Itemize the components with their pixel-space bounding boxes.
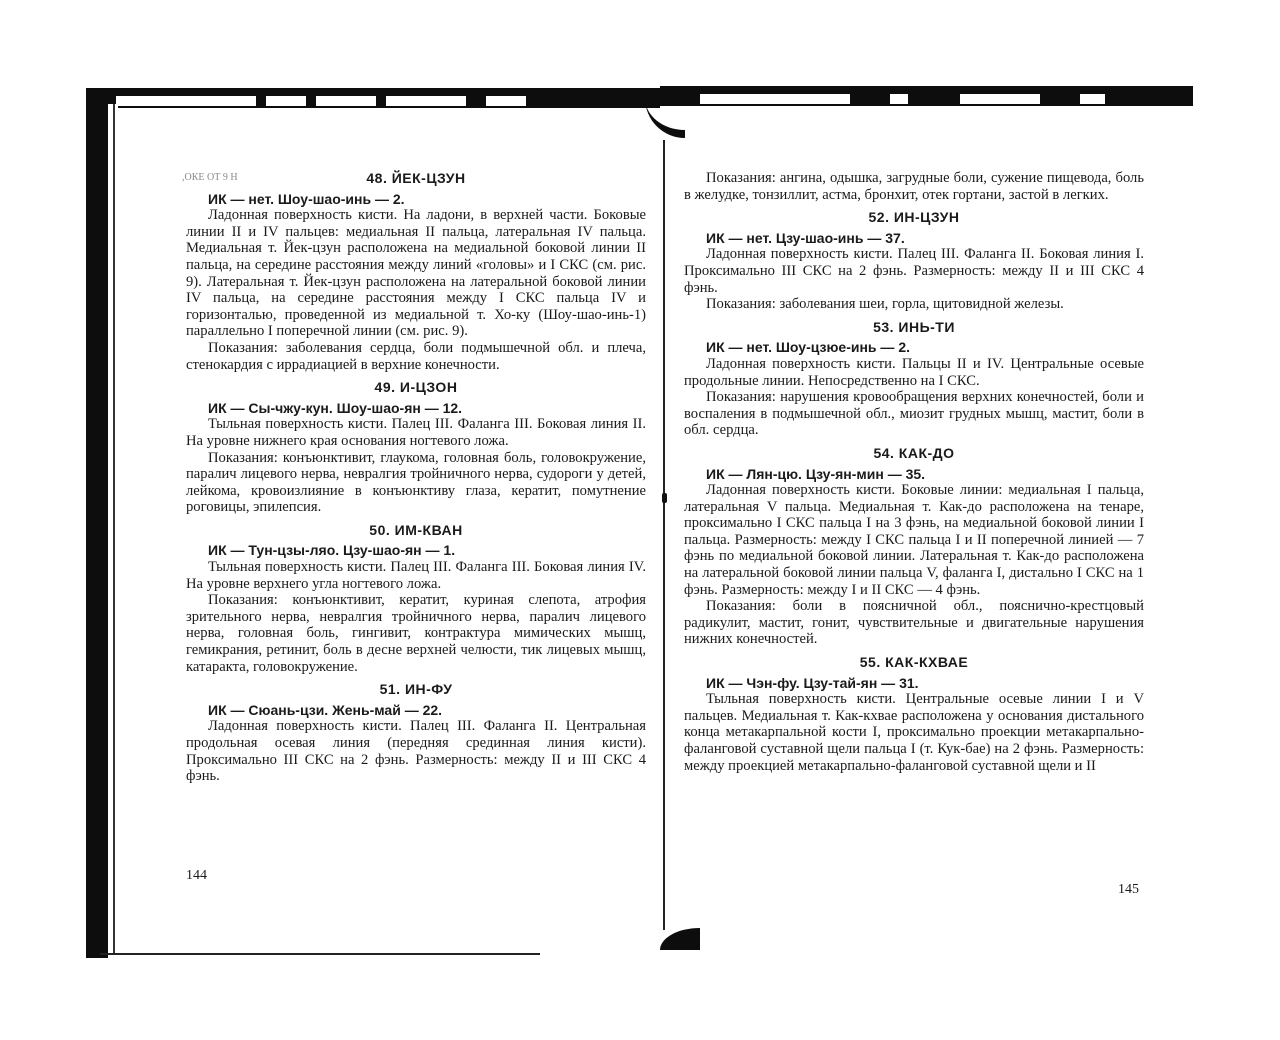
entry-paragraph: Показания: конъюнктивит, глаукома, голов… [186, 450, 646, 516]
entry-ik-line: ИК — Тун-цзы-ляо. Цзу-шао-ян — 1. [208, 542, 646, 559]
entry-title: 52. ИН-ЦЗУН [684, 209, 1144, 226]
entry-paragraph: Тыльная поверхность кисти. Центральные о… [684, 691, 1144, 774]
scan-border-top-left [86, 88, 660, 108]
entry-ik-line: ИК — нет. Шоу-шао-инь — 2. [208, 191, 646, 208]
continuation-paragraph: Показания: ангина, одышка, загрудные бол… [684, 170, 1144, 203]
entry-paragraph: Ладонная поверхность кисти. Боковые лини… [684, 482, 1144, 598]
spine-curl-bottom [660, 928, 700, 950]
entry-paragraph: Показания: заболевания шеи, горла, щитов… [684, 296, 1144, 313]
page-edge-line [113, 104, 115, 954]
page-number-right: 145 [1118, 882, 1139, 898]
entry-paragraph: Ладонная поверхность кисти. Пальцы II и … [684, 356, 1144, 389]
book-spine [663, 140, 665, 930]
entry-paragraph: Показания: боли в поясничной обл., поясн… [684, 598, 1144, 648]
entry-paragraph: Показания: заболевания сердца, боли подм… [186, 340, 646, 373]
page-bottom-edge [100, 953, 540, 955]
spine-mark [662, 493, 667, 503]
entry-paragraph: Ладонная поверхность кисти. Палец III. Ф… [186, 718, 646, 784]
entry-ik-line: ИК — нет. Шоу-цзюе-инь — 2. [706, 339, 1144, 356]
entry-paragraph: Тыльная поверхность кисти. Палец III. Фа… [186, 559, 646, 592]
entry-title: 50. ИМ-КВАН [186, 522, 646, 539]
entry-paragraph: Показания: конъюнктивит, кератит, курина… [186, 592, 646, 675]
right-page: Показания: ангина, одышка, загрудные бол… [684, 170, 1144, 774]
entry-ik-line: ИК — Чэн-фу. Цзу-тай-ян — 31. [706, 675, 1144, 692]
entry-ik-line: ИК — нет. Цзу-шао-инь — 37. [706, 230, 1144, 247]
entry-paragraph: Показания: нарушения кровообращения верх… [684, 389, 1144, 439]
spine-curl-top [645, 90, 685, 138]
entry-title: 49. И-ЦЗОН [186, 379, 646, 396]
entry-title: 48. ЙЕК-ЦЗУН [186, 170, 646, 187]
entry-paragraph: Ладонная поверхность кисти. На ладони, в… [186, 207, 646, 340]
entry-paragraph: Тыльная поверхность кисти. Палец III. Фа… [186, 416, 646, 449]
entry-title: 51. ИН-ФУ [186, 681, 646, 698]
page-number-left: 144 [186, 868, 207, 884]
entry-title: 53. ИНЬ-ТИ [684, 319, 1144, 336]
entry-ik-line: ИК — Сюань-цзи. Жень-май — 22. [208, 702, 646, 719]
scan-border-top-right [660, 86, 1193, 106]
scan-border-left [86, 88, 108, 958]
entry-title: 54. КАК-ДО [684, 445, 1144, 462]
entry-title: 55. КАК-КХВАЕ [684, 654, 1144, 671]
left-page: 48. ЙЕК-ЦЗУНИК — нет. Шоу-шао-инь — 2.Ла… [186, 170, 646, 785]
entry-paragraph: Ладонная поверхность кисти. Палец III. Ф… [684, 246, 1144, 296]
entry-ik-line: ИК — Лян-цю. Цзу-ян-мин — 35. [706, 466, 1144, 483]
entry-ik-line: ИК — Сы-чжу-кун. Шоу-шао-ян — 12. [208, 400, 646, 417]
